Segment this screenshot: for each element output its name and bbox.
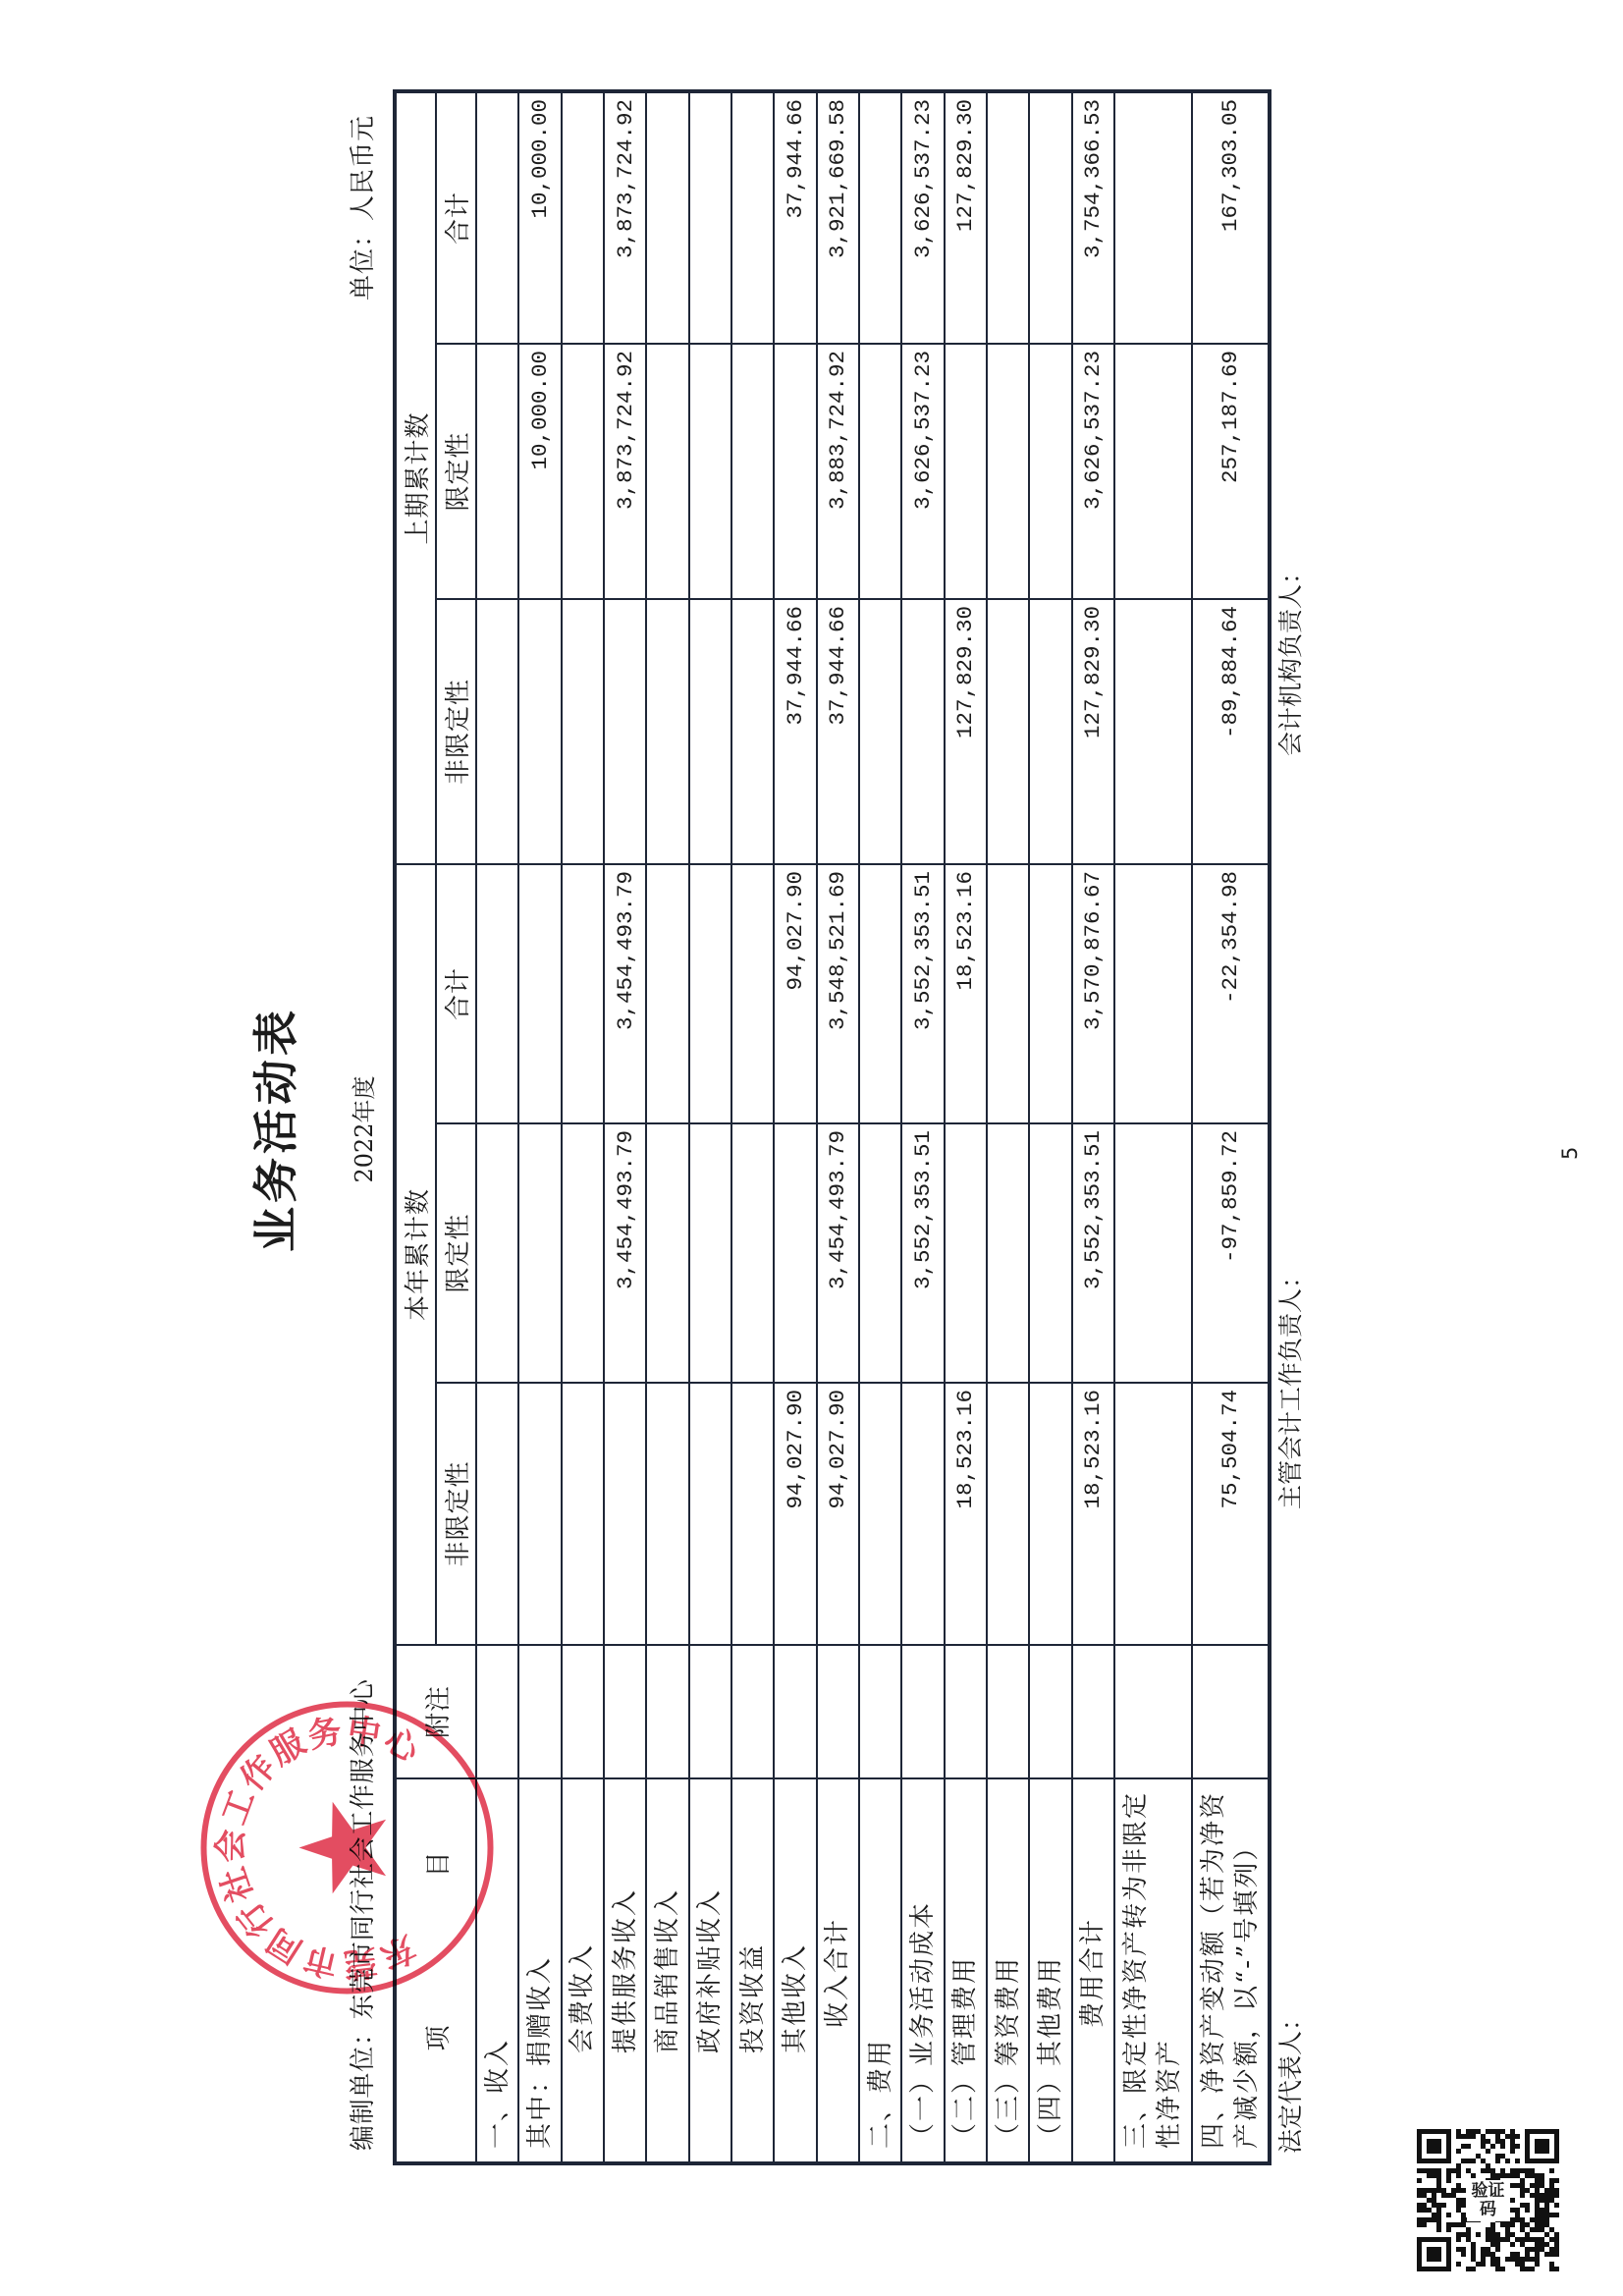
value-current-total: 3,454,493.79 xyxy=(604,864,646,1123)
value-current-unrestricted xyxy=(689,1383,731,1645)
value-prior-total: 3,873,724.92 xyxy=(604,91,646,344)
value-prior-unrestricted xyxy=(731,599,774,864)
value-prior-total: 167,303.05 xyxy=(1192,91,1270,344)
header-current-total: 合计 xyxy=(436,864,477,1123)
note-cell xyxy=(774,1645,816,1778)
value-prior-total xyxy=(562,91,604,344)
value-current-total: 18,523.16 xyxy=(945,864,987,1123)
value-current-restricted xyxy=(476,1123,518,1383)
row-label: 收入合计 xyxy=(817,1778,859,2163)
header-item-char: 项 xyxy=(418,2025,455,2051)
value-current-unrestricted xyxy=(646,1383,688,1645)
value-prior-restricted: 257,187.69 xyxy=(1192,344,1270,599)
value-current-restricted xyxy=(987,1123,1029,1383)
note-cell xyxy=(987,1645,1029,1778)
value-current-total xyxy=(518,864,561,1123)
value-current-restricted: 3,454,493.79 xyxy=(604,1123,646,1383)
value-current-total xyxy=(1114,864,1192,1123)
row-label: 投资收益 xyxy=(731,1778,774,2163)
header-prior-restricted: 限定性 xyxy=(436,344,477,599)
value-current-unrestricted: 18,523.16 xyxy=(1072,1383,1114,1645)
value-current-restricted xyxy=(1029,1123,1071,1383)
note-cell xyxy=(945,1645,987,1778)
value-prior-total xyxy=(689,91,731,344)
row-label: （四）其他费用 xyxy=(1029,1778,1071,2163)
table-row: 政府补贴收入 xyxy=(689,91,731,2163)
row-label: 提供服务收入 xyxy=(604,1778,646,2163)
row-label: 一、收入 xyxy=(476,1778,518,2163)
value-prior-restricted: 3,626,537.23 xyxy=(1072,344,1114,599)
value-prior-restricted xyxy=(689,344,731,599)
note-cell xyxy=(518,1645,561,1778)
preparer-name: 东莞市同行社会工作服务中心 xyxy=(349,1678,378,2019)
value-prior-unrestricted xyxy=(562,599,604,864)
value-prior-total xyxy=(731,91,774,344)
value-current-unrestricted xyxy=(604,1383,646,1645)
page-title: 业务活动表 xyxy=(248,93,303,2165)
row-label: （一）业务活动成本 xyxy=(901,1778,944,2163)
row-label: 四、净资产变动额（若为净资产减少额，以“-”号填列） xyxy=(1192,1778,1270,2163)
value-current-total xyxy=(987,864,1029,1123)
value-prior-unrestricted: -89,884.64 xyxy=(1192,599,1270,864)
value-prior-total: 3,754,366.53 xyxy=(1072,91,1114,344)
value-prior-restricted xyxy=(476,344,518,599)
value-current-restricted xyxy=(774,1123,816,1383)
table-row: 其中：捐赠收入10,000.0010,000.00 xyxy=(518,91,561,2163)
note-cell xyxy=(901,1645,944,1778)
value-current-unrestricted: 94,027.90 xyxy=(774,1383,816,1645)
value-current-unrestricted: 75,504.74 xyxy=(1192,1383,1270,1645)
signature-accounting-head: 会计机构负责人： xyxy=(1276,560,1306,756)
note-cell xyxy=(646,1645,688,1778)
value-current-total xyxy=(859,864,901,1123)
table-row: 会费收入 xyxy=(562,91,604,2163)
signature-legal-representative: 法定代表人： xyxy=(1276,2006,1306,2154)
table-row: （一）业务活动成本3,552,353.513,552,353.513,626,5… xyxy=(901,91,944,2163)
value-prior-unrestricted xyxy=(987,599,1029,864)
row-label: 其中：捐赠收入 xyxy=(518,1778,561,2163)
value-current-unrestricted xyxy=(518,1383,561,1645)
value-prior-unrestricted xyxy=(689,599,731,864)
value-prior-total: 10,000.00 xyxy=(518,91,561,344)
value-current-restricted: 3,454,493.79 xyxy=(817,1123,859,1383)
value-prior-total xyxy=(646,91,688,344)
value-current-restricted xyxy=(945,1123,987,1383)
value-prior-restricted: 3,883,724.92 xyxy=(817,344,859,599)
value-current-unrestricted xyxy=(731,1383,774,1645)
row-label: （三）筹资费用 xyxy=(987,1778,1029,2163)
table-row: 投资收益 xyxy=(731,91,774,2163)
value-prior-unrestricted: 37,944.66 xyxy=(774,599,816,864)
note-cell xyxy=(1114,1645,1192,1778)
activity-statement-table: 项 目 附注 本年累计数 上期累计数 非限定性 限定性 合计 非限定性 限定性 … xyxy=(393,89,1271,2165)
table-row: 二、费用 xyxy=(859,91,901,2163)
note-cell xyxy=(1072,1645,1114,1778)
value-current-total: -22,354.98 xyxy=(1192,864,1270,1123)
preparer-label: 编制单位： xyxy=(349,2019,378,2151)
row-label: 费用合计 xyxy=(1072,1778,1114,2163)
value-current-total xyxy=(731,864,774,1123)
value-current-total: 3,552,353.51 xyxy=(901,864,944,1123)
value-prior-unrestricted xyxy=(646,599,688,864)
value-prior-restricted xyxy=(562,344,604,599)
rotated-document-page: 业务活动表 2022年度 编制单位：东莞市同行社会工作服务中心 单位：人民币元 … xyxy=(0,0,1623,2296)
table-row: （二）管理费用18,523.1618,523.16127,829.30127,8… xyxy=(945,91,987,2163)
value-current-total xyxy=(476,864,518,1123)
value-current-unrestricted xyxy=(901,1383,944,1645)
table-row: 一、收入 xyxy=(476,91,518,2163)
value-current-unrestricted xyxy=(987,1383,1029,1645)
value-current-unrestricted xyxy=(1029,1383,1071,1645)
header-current-restricted: 限定性 xyxy=(436,1123,477,1383)
header-prior-total: 合计 xyxy=(436,91,477,344)
value-prior-restricted xyxy=(945,344,987,599)
note-cell xyxy=(1029,1645,1071,1778)
currency-unit: 单位：人民币元 xyxy=(348,115,379,301)
note-cell xyxy=(1192,1645,1270,1778)
value-current-total xyxy=(562,864,604,1123)
value-current-restricted: 3,552,353.51 xyxy=(901,1123,944,1383)
note-cell xyxy=(731,1645,774,1778)
row-label: （二）管理费用 xyxy=(945,1778,987,2163)
value-current-restricted xyxy=(562,1123,604,1383)
value-prior-total: 37,944.66 xyxy=(774,91,816,344)
value-current-unrestricted xyxy=(859,1383,901,1645)
header-group-prior-period: 上期累计数 xyxy=(395,91,436,864)
value-current-unrestricted xyxy=(1114,1383,1192,1645)
header-note: 附注 xyxy=(395,1645,476,1778)
value-prior-unrestricted xyxy=(859,599,901,864)
value-prior-total xyxy=(476,91,518,344)
row-label: 商品销售收入 xyxy=(646,1778,688,2163)
header-current-unrestricted: 非限定性 xyxy=(436,1383,477,1645)
value-current-restricted xyxy=(518,1123,561,1383)
value-current-total: 3,548,521.69 xyxy=(817,864,859,1123)
table-row: （三）筹资费用 xyxy=(987,91,1029,2163)
header-item-char: 目 xyxy=(418,1850,455,1877)
value-current-total: 94,027.90 xyxy=(774,864,816,1123)
value-current-unrestricted xyxy=(562,1383,604,1645)
header-item: 项 目 xyxy=(395,1778,476,2163)
value-prior-unrestricted: 127,829.30 xyxy=(945,599,987,864)
value-prior-restricted: 10,000.00 xyxy=(518,344,561,599)
table-row: 四、净资产变动额（若为净资产减少额，以“-”号填列）75,504.74-97,8… xyxy=(1192,91,1270,2163)
table-header-row: 项 目 附注 本年累计数 上期累计数 xyxy=(395,91,436,2163)
value-prior-total: 3,921,669.58 xyxy=(817,91,859,344)
value-prior-restricted: 3,626,537.23 xyxy=(901,344,944,599)
preparer-line: 编制单位：东莞市同行社会工作服务中心 xyxy=(348,1678,379,2151)
value-current-total xyxy=(1029,864,1071,1123)
value-prior-restricted xyxy=(859,344,901,599)
table-row: 商品销售收入 xyxy=(646,91,688,2163)
table-row: 提供服务收入3,454,493.793,454,493.793,873,724.… xyxy=(604,91,646,2163)
page-number: 5 xyxy=(1557,1147,1583,1160)
row-label: 政府补贴收入 xyxy=(689,1778,731,2163)
value-prior-total xyxy=(1114,91,1192,344)
value-prior-restricted: 3,873,724.92 xyxy=(604,344,646,599)
signature-accounting-supervisor: 主管会计工作负责人： xyxy=(1276,1264,1306,1509)
value-prior-restricted xyxy=(646,344,688,599)
value-prior-restricted xyxy=(731,344,774,599)
value-prior-restricted xyxy=(774,344,816,599)
value-prior-total xyxy=(859,91,901,344)
verification-qr-code: 验证码 xyxy=(1417,2129,1559,2271)
table-row: 三、限定性净资产转为非限定性净资产 xyxy=(1114,91,1192,2163)
value-prior-unrestricted xyxy=(604,599,646,864)
header-group-current-year: 本年累计数 xyxy=(395,864,436,1645)
value-prior-total xyxy=(1029,91,1071,344)
note-cell xyxy=(562,1645,604,1778)
table-row: 费用合计18,523.163,552,353.513,570,876.67127… xyxy=(1072,91,1114,2163)
value-current-total: 3,570,876.67 xyxy=(1072,864,1114,1123)
row-label: 二、费用 xyxy=(859,1778,901,2163)
value-current-restricted xyxy=(1114,1123,1192,1383)
qr-center-label: 验证码 xyxy=(1467,2180,1510,2221)
value-prior-unrestricted xyxy=(476,599,518,864)
value-prior-restricted xyxy=(1029,344,1071,599)
value-prior-unrestricted: 37,944.66 xyxy=(817,599,859,864)
value-current-restricted: 3,552,353.51 xyxy=(1072,1123,1114,1383)
value-current-restricted xyxy=(646,1123,688,1383)
value-current-unrestricted: 94,027.90 xyxy=(817,1383,859,1645)
value-prior-total: 3,626,537.23 xyxy=(901,91,944,344)
note-cell xyxy=(476,1645,518,1778)
value-prior-unrestricted xyxy=(518,599,561,864)
note-cell xyxy=(859,1645,901,1778)
row-label: 会费收入 xyxy=(562,1778,604,2163)
row-label: 其他收入 xyxy=(774,1778,816,2163)
note-cell xyxy=(817,1645,859,1778)
value-prior-unrestricted xyxy=(901,599,944,864)
row-label: 三、限定性净资产转为非限定性净资产 xyxy=(1114,1778,1192,2163)
value-current-total xyxy=(689,864,731,1123)
value-prior-total xyxy=(987,91,1029,344)
value-current-restricted xyxy=(859,1123,901,1383)
value-prior-restricted xyxy=(1114,344,1192,599)
value-current-unrestricted: 18,523.16 xyxy=(945,1383,987,1645)
value-prior-unrestricted: 127,829.30 xyxy=(1072,599,1114,864)
value-current-restricted xyxy=(689,1123,731,1383)
note-cell xyxy=(604,1645,646,1778)
note-cell xyxy=(689,1645,731,1778)
table-body: 一、收入其中：捐赠收入10,000.0010,000.00会费收入提供服务收入3… xyxy=(476,91,1270,2163)
table-row: 其他收入94,027.9094,027.9037,944.6637,944.66 xyxy=(774,91,816,2163)
table-row: 收入合计94,027.903,454,493.793,548,521.6937,… xyxy=(817,91,859,2163)
header-prior-unrestricted: 非限定性 xyxy=(436,599,477,864)
value-prior-restricted xyxy=(987,344,1029,599)
value-prior-unrestricted xyxy=(1114,599,1192,864)
value-current-total xyxy=(646,864,688,1123)
value-current-unrestricted xyxy=(476,1383,518,1645)
value-current-restricted xyxy=(731,1123,774,1383)
table-row: （四）其他费用 xyxy=(1029,91,1071,2163)
value-prior-total: 127,829.30 xyxy=(945,91,987,344)
value-prior-unrestricted xyxy=(1029,599,1071,864)
value-current-restricted: -97,859.72 xyxy=(1192,1123,1270,1383)
